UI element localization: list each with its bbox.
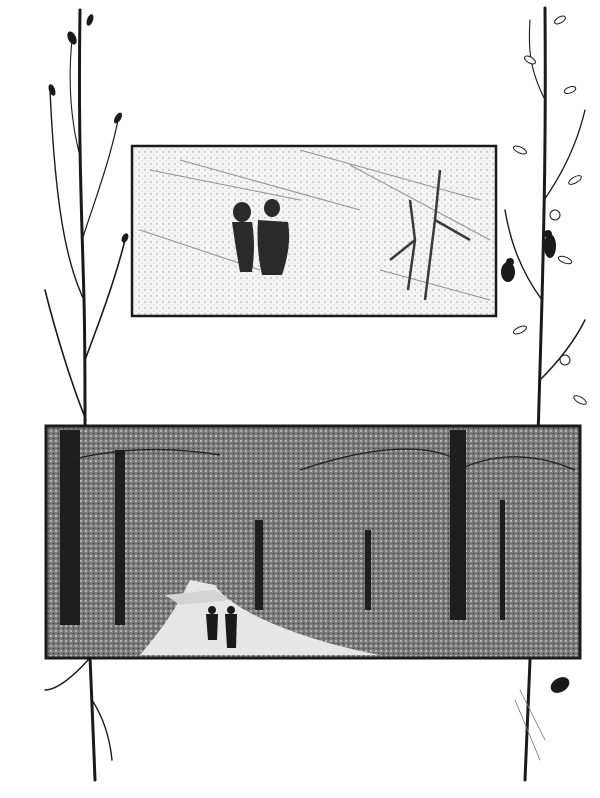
engraving-artwork [0, 0, 600, 798]
right-blossoming-branches [501, 8, 588, 780]
illustration-page [0, 0, 600, 798]
winter-storm-scene [132, 146, 496, 316]
left-birch-branches [45, 10, 130, 780]
forest-path-scene [46, 426, 580, 658]
